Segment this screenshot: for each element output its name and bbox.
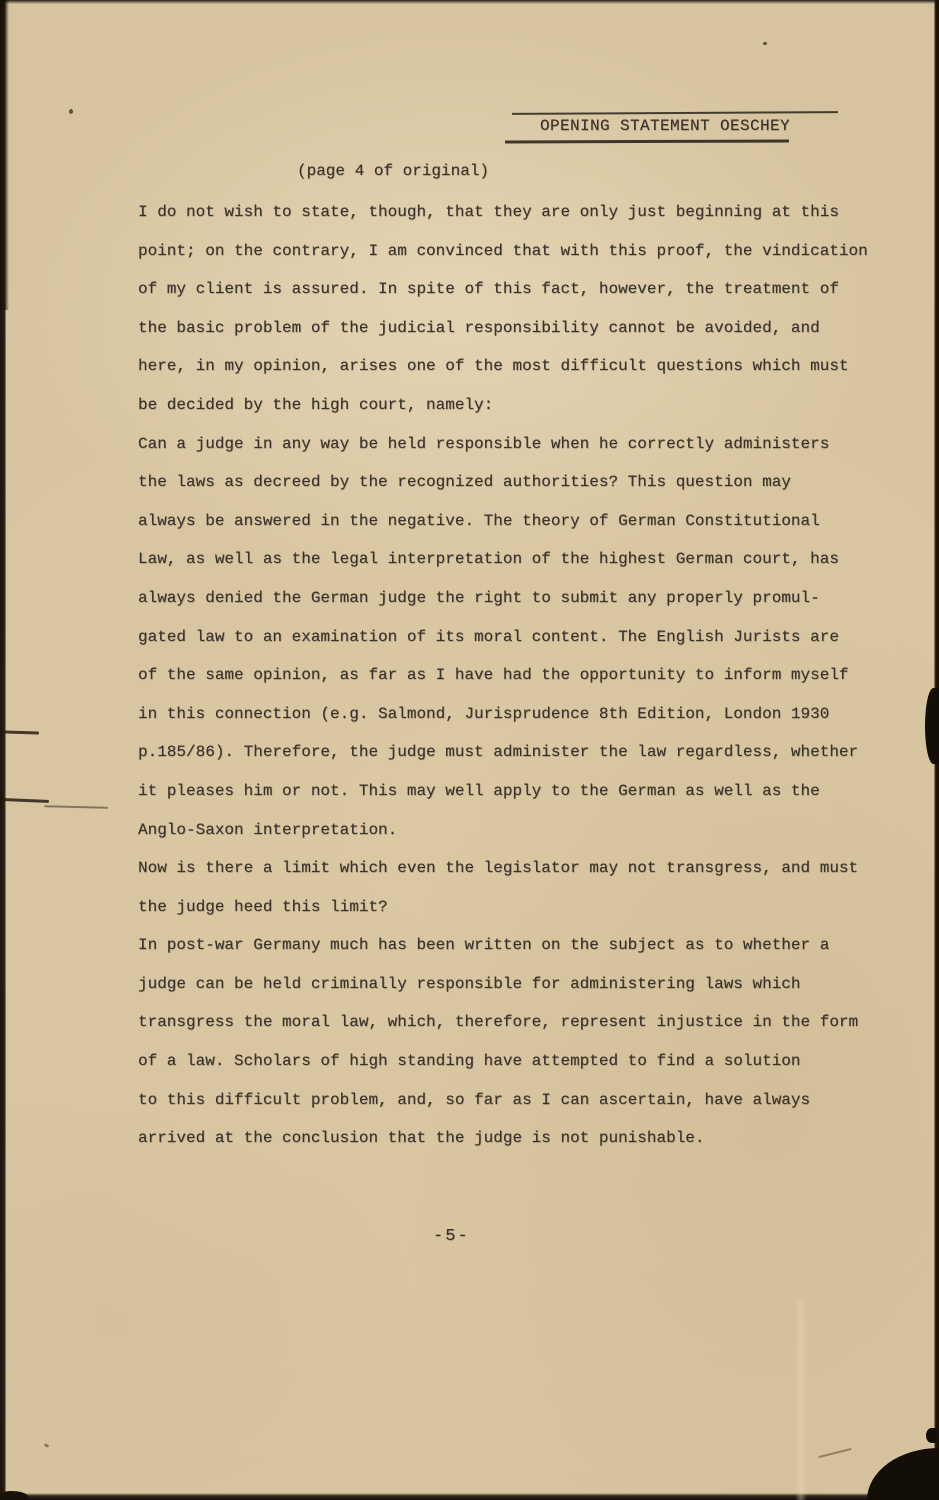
paper-speck — [44, 1443, 50, 1448]
document-body: I do not wish to state, though, that the… — [138, 193, 908, 1158]
page-edge-top — [0, 0, 939, 4]
text-line: gated law to an examination of its moral… — [138, 618, 908, 657]
text-line: Anglo-Saxon interpretation. — [138, 811, 908, 850]
bottom-right-corner-shadow — [867, 1448, 939, 1500]
text-line: here, in my opinion, arises one of the m… — [138, 347, 908, 386]
left-edge-tear-faint — [44, 805, 108, 809]
header-title: OPENING STATEMENT OESCHEY — [540, 117, 790, 135]
text-line: in this connection (e.g. Salmond, Jurisp… — [138, 695, 908, 734]
paper-speck — [763, 42, 767, 45]
text-line: the basic problem of the judicial respon… — [138, 309, 908, 348]
text-line: arrived at the conclusion that the judge… — [138, 1119, 908, 1158]
text-line: transgress the moral law, which, therefo… — [138, 1003, 908, 1042]
text-line: p.185/86). Therefore, the judge must adm… — [138, 733, 908, 772]
text-line: point; on the contrary, I am convinced t… — [138, 232, 908, 271]
text-line: the judge heed this limit? — [138, 888, 908, 927]
text-line: be decided by the high court, namely: — [138, 386, 908, 425]
left-edge-tear — [4, 730, 39, 734]
document-page: OPENING STATEMENT OESCHEY (page 4 of ori… — [0, 0, 939, 1500]
text-line: always denied the German judge the right… — [138, 579, 908, 618]
page-reference: (page 4 of original) — [297, 162, 489, 180]
text-line: Law, as well as the legal interpretation… — [138, 540, 908, 579]
right-edge-notch — [926, 1428, 937, 1443]
text-line: to this difficult problem, and, so far a… — [138, 1081, 908, 1120]
right-edge-blotch — [925, 688, 939, 764]
text-line: I do not wish to state, though, that the… — [138, 193, 908, 232]
paper-speck — [69, 109, 73, 114]
header-underline — [505, 140, 789, 143]
text-line: Now is there a limit which even the legi… — [138, 849, 908, 888]
bottom-left-corner-shadow — [0, 1491, 28, 1500]
page-edge-left-top — [0, 0, 9, 310]
page-number: -5- — [433, 1227, 470, 1246]
text-line: of my client is assured. In spite of thi… — [138, 270, 908, 309]
paper-crease — [818, 1448, 851, 1458]
text-line: of the same opinion, as far as I have ha… — [138, 656, 908, 695]
paper-crease — [795, 1300, 807, 1500]
text-line: always be answered in the negative. The … — [138, 502, 908, 541]
header-overline — [512, 111, 838, 115]
text-line: Can a judge in any way be held responsib… — [138, 425, 908, 464]
text-line: In post-war Germany much has been writte… — [138, 926, 908, 965]
text-line: of a law. Scholars of high standing have… — [138, 1042, 908, 1081]
text-line: judge can be held criminally responsible… — [138, 965, 908, 1004]
text-line: it pleases him or not. This may well app… — [138, 772, 908, 811]
left-edge-tear — [4, 798, 49, 803]
text-line: the laws as decreed by the recognized au… — [138, 463, 908, 502]
